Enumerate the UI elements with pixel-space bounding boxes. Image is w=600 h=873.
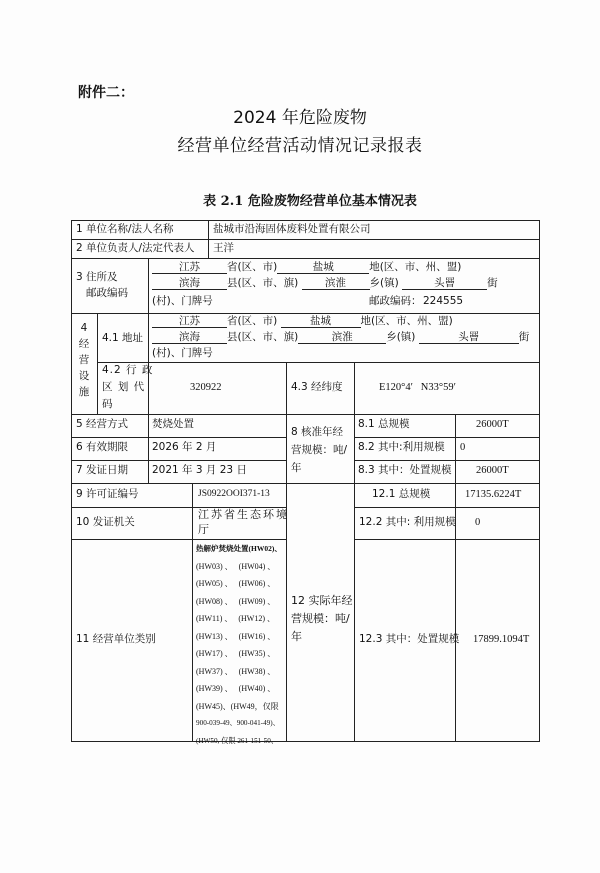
- category-line: (HW37) 、 (HW38) 、: [196, 663, 288, 681]
- admin-code-label-line2: 区 划 代: [102, 381, 145, 394]
- border-top: [71, 220, 540, 221]
- col-divider: [354, 414, 355, 742]
- unit-name-value: 盐城市沿海固体废料处置有限公司: [213, 223, 371, 236]
- facility-township: 滨淮: [298, 331, 386, 344]
- issue-date-label: 7 发证日期: [76, 464, 128, 477]
- facility-village: (村)、门牌号: [152, 347, 213, 360]
- actual-scale-label-line1: 12 实际年经: [291, 592, 353, 610]
- operation-mode-label: 5 经营方式: [76, 418, 128, 431]
- province-suffix: 省(区、市): [227, 261, 277, 273]
- residence-label-line2: 邮政编码: [86, 287, 128, 300]
- row-divider: [71, 483, 540, 484]
- col-divider: [354, 362, 355, 414]
- operation-mode-value: 焚烧处置: [152, 418, 194, 431]
- category-line: (HW50, 仅限 261-151-50、: [196, 733, 288, 751]
- category-line: (HW45)、(HW49，仅限: [196, 698, 288, 716]
- col-divider: [97, 313, 98, 414]
- category-line: (HW08) 、 (HW09) 、: [196, 593, 288, 611]
- actual-scale-label-line2: 营规模：吨/: [291, 610, 350, 628]
- street-suffix: 街: [519, 331, 530, 343]
- residence-province: 江苏: [152, 261, 227, 274]
- col-divider: [192, 483, 193, 742]
- actual-utilization-label: 12.2 其中: 利用规模: [359, 516, 456, 529]
- border-bottom: [71, 741, 540, 742]
- col-divider: [148, 258, 149, 414]
- approved-scale-label-line1: 8 核准年经: [291, 426, 343, 439]
- unit-name-label: 1 单位名称/法人名称: [76, 223, 174, 236]
- facility-address-line1: 江苏省(区、市) 盐城地(区、市、州、盟): [152, 315, 453, 328]
- row-divider: [71, 460, 286, 461]
- residence-village: (村)、门牌号: [152, 295, 213, 308]
- approved-utilization-label: 8.2 其中:利用规模: [358, 441, 445, 454]
- license-number-label: 9 许可证编号: [76, 488, 139, 501]
- category-line: (HW17) 、 (HW35) 、: [196, 645, 288, 663]
- approved-disposal-label: 8.3 其中：处置规模: [358, 464, 452, 477]
- license-number-value: JS0922OOI371-13: [198, 488, 270, 501]
- approved-total-label: 8.1 总规模: [358, 418, 410, 431]
- coords-value: E120°4′ N33°59′: [379, 381, 456, 394]
- admin-code-label-line1: 4.2 行 政: [102, 364, 153, 377]
- postcode-label: 邮政编码：: [369, 295, 422, 308]
- province-suffix: 省(区、市): [227, 315, 277, 327]
- admin-code-label-line3: 码: [102, 398, 113, 411]
- facility-label-char: 经: [77, 336, 91, 352]
- prefecture-suffix: 地(区、市、州、盟): [361, 315, 453, 327]
- col-divider: [286, 362, 287, 414]
- residence-label-line1: 3 住所及: [76, 271, 118, 284]
- approved-scale-label-line3: 年: [291, 462, 302, 475]
- validity-value: 2026 年 2 月: [152, 441, 216, 454]
- col-divider: [455, 414, 456, 742]
- residence-street: 头罾: [402, 277, 487, 290]
- facility-street: 头罾: [419, 331, 519, 344]
- row-divider: [354, 539, 540, 540]
- postcode-value: 224555: [423, 295, 463, 308]
- issuing-authority-value-line1: 江苏省生态环境: [198, 508, 289, 521]
- county-suffix: 县(区、市、旗): [227, 277, 298, 289]
- facility-label-char: 营: [77, 352, 91, 368]
- facility-label-char: 施: [77, 384, 91, 400]
- facility-prefecture: 盐城: [281, 315, 361, 328]
- residence-township: 滨淮: [302, 277, 370, 290]
- category-line: (HW13) 、 (HW16) 、: [196, 628, 288, 646]
- residence-county: 滨海: [152, 277, 227, 290]
- issuing-authority-label: 10 发证机关: [76, 516, 135, 529]
- actual-scale-label-line3: 年: [291, 628, 302, 646]
- category-line: 900-039-49、900-041-49)、: [196, 715, 288, 733]
- row-divider: [71, 437, 286, 438]
- category-line: (HW05) 、 (HW06) 、: [196, 575, 288, 593]
- actual-disposal-value: 17899.1094T: [473, 633, 529, 646]
- township-suffix: 乡(镇): [370, 277, 399, 289]
- col-divider: [148, 414, 149, 483]
- approved-total-value: 26000T: [476, 418, 509, 431]
- actual-disposal-label: 12.3 其中：处置规模: [359, 633, 459, 646]
- row-divider: [71, 258, 540, 259]
- table-caption: 表 2.1 危险废物经营单位基本情况表: [0, 190, 600, 209]
- border-right: [539, 220, 540, 742]
- actual-utilization-value: 0: [475, 516, 480, 529]
- row-divider: [97, 362, 540, 363]
- row-divider: [71, 414, 540, 415]
- business-category-list: 热解炉焚烧处置(HW02)、 (HW03) 、 (HW04) 、 (HW05) …: [196, 540, 288, 750]
- facility-label-char: 设: [77, 368, 91, 384]
- coords-label: 4.3 经纬度: [291, 381, 343, 394]
- row-divider: [354, 460, 540, 461]
- county-suffix: 县(区、市、旗): [227, 331, 298, 343]
- facility-county: 滨海: [152, 331, 227, 344]
- residence-address-line2: 滨海县(区、市、旗) 滨淮乡(镇) 头罾街: [152, 277, 498, 290]
- legal-rep-label: 2 单位负责人/法定代表人: [76, 242, 195, 255]
- actual-total-label: 12.1 总规模: [372, 488, 430, 501]
- facility-label-char: 4: [77, 320, 91, 336]
- row-divider: [71, 239, 540, 240]
- approved-utilization-value: 0: [460, 441, 465, 454]
- row-divider: [354, 507, 540, 508]
- category-line: (HW39) 、 (HW40) 、: [196, 680, 288, 698]
- attachment-label: 附件二：: [78, 82, 134, 102]
- facility-group-label: 4 经 营 设 施: [77, 320, 91, 400]
- category-line: (HW03) 、 (HW04) 、: [196, 558, 288, 576]
- address-label: 4.1 地址: [102, 332, 143, 345]
- issue-date-value: 2021 年 3 月 23 日: [152, 464, 247, 477]
- township-suffix: 乡(镇): [386, 331, 415, 343]
- row-divider: [354, 437, 540, 438]
- actual-total-value: 17135.6224T: [465, 488, 521, 501]
- border-left: [71, 220, 72, 742]
- prefecture-suffix: 地(区、市、州、盟): [369, 261, 461, 273]
- admin-code-value: 320922: [190, 381, 222, 394]
- residence-address-line1: 江苏省(区、市)盐城地(区、市、州、盟): [152, 261, 461, 274]
- residence-prefecture: 盐城: [277, 261, 369, 274]
- legal-rep-value: 王洋: [213, 242, 234, 255]
- category-line: 热解炉焚烧处置(HW02)、: [196, 540, 288, 558]
- facility-address-line2: 滨海县(区、市、旗)滨淮乡(镇) 头罾街: [152, 331, 529, 344]
- approved-scale-label-line2: 营规模：吨/: [291, 444, 347, 457]
- validity-label: 6 有效期限: [76, 441, 128, 454]
- issuing-authority-value-line2: 厅: [198, 523, 209, 536]
- facility-province: 江苏: [152, 315, 227, 328]
- col-divider: [208, 220, 209, 258]
- approved-disposal-value: 26000T: [476, 464, 509, 477]
- category-line: (HW11) 、 (HW12) 、: [196, 610, 288, 628]
- report-title-line2: 经营单位经营活动情况记录报表: [0, 131, 600, 156]
- business-category-label: 11 经营单位类别: [76, 633, 156, 646]
- street-suffix: 街: [487, 277, 498, 289]
- report-title-line1: 2024 年危险废物: [0, 103, 600, 128]
